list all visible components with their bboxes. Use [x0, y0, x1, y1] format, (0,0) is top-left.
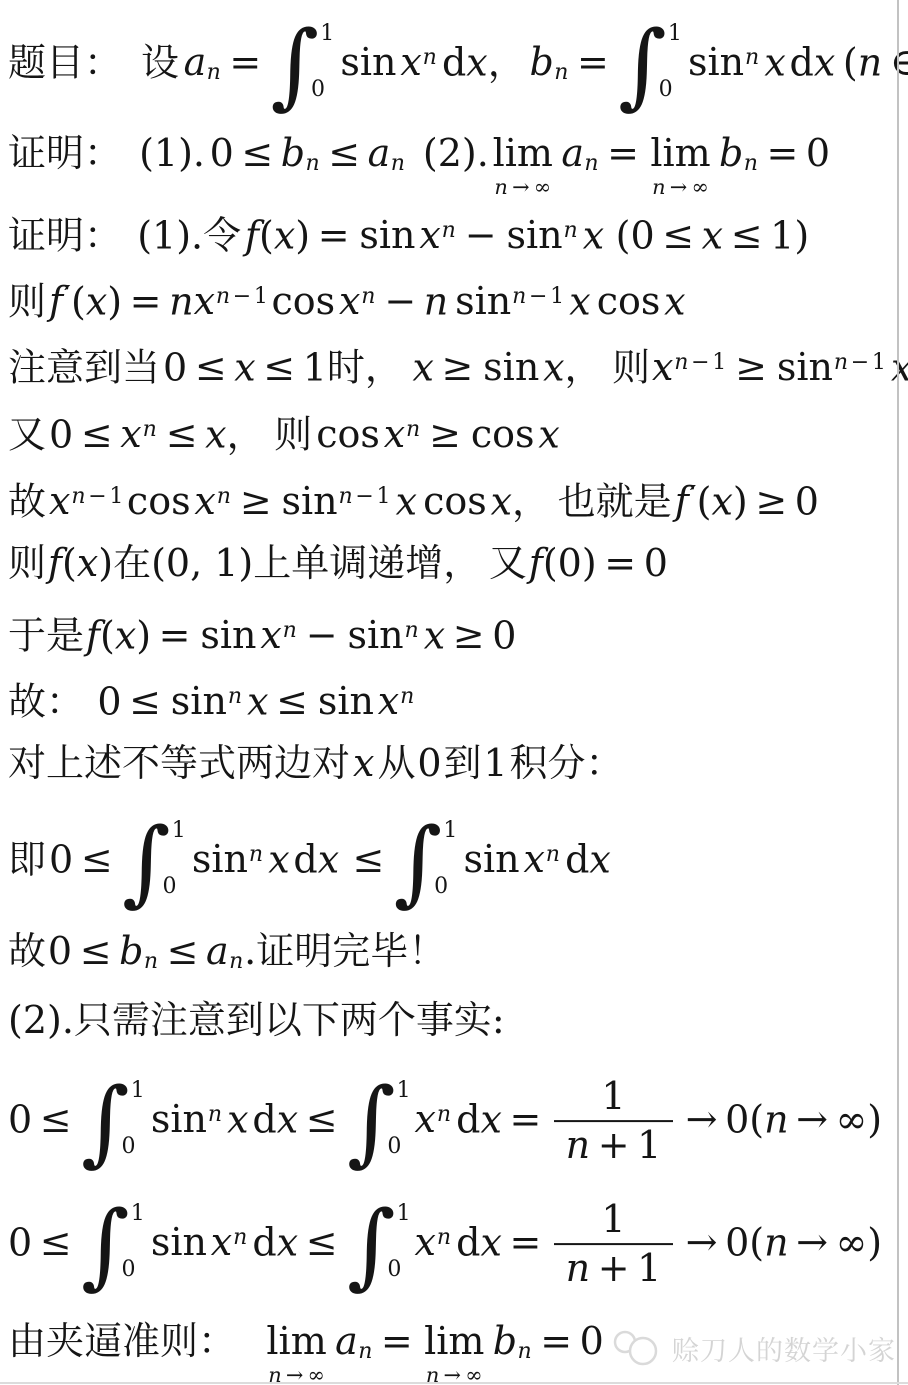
math-var: f [245, 213, 259, 257]
superscript: n [208, 1102, 222, 1127]
math-var: n [764, 1220, 788, 1264]
math-text: 到 [444, 741, 482, 785]
superscript: n [437, 1102, 451, 1127]
math-operator: ≥ [441, 345, 473, 389]
integral: ∫10 [347, 1199, 411, 1292]
math-line-7: 故xn−1cosxn≥sinn−1xcosx，也就是f′(x)≥0 [0, 463, 908, 530]
math-text: ) [794, 213, 809, 257]
math-operator: = [130, 279, 162, 323]
superscript: ′ [690, 481, 696, 512]
math-var: x [115, 613, 136, 657]
math-var: xn [378, 679, 416, 723]
math-text: ( [71, 279, 86, 323]
math-text: 证明： [8, 213, 122, 257]
subscript: n [744, 151, 758, 176]
math-var: xn [384, 412, 422, 456]
math-var: n [169, 279, 193, 323]
math-operator: ≤ [81, 837, 113, 881]
math-var: bn [119, 929, 159, 973]
integral-upper-limit: 1 [443, 820, 457, 842]
math-func: sin [464, 837, 520, 881]
math-operator: − [88, 484, 106, 509]
math-text: 1 [601, 1075, 625, 1118]
integral-limits: 10 [130, 1199, 145, 1292]
math-text: 0 [48, 929, 72, 973]
math-text: ) [733, 479, 748, 523]
superscript: n−1 [834, 350, 886, 375]
math-func: sin [340, 40, 396, 84]
limit-word: lim [424, 1322, 484, 1360]
math-var: f [48, 541, 62, 585]
math-func: sinn−1 [455, 279, 565, 323]
math-operator: = [540, 1319, 572, 1363]
math-func: sin [359, 213, 415, 257]
math-text: 1 [109, 484, 123, 509]
math-var: n [652, 177, 665, 198]
math-document: 题目：设an=∫10sinxndx，bn=∫10sinnxdx(n∈ℕ).证明：… [0, 8, 908, 1385]
fraction: 1n+1 [554, 1075, 672, 1167]
math-text: 1 [637, 1124, 661, 1167]
math-text: 0 [49, 412, 73, 456]
integral: ∫10 [81, 1199, 145, 1292]
math-func: sinn−1 [777, 345, 887, 389]
math-text: 证明： [8, 131, 122, 175]
math-operator: → [796, 1097, 828, 1141]
math-var: n [512, 284, 526, 309]
math-text: ( [843, 40, 858, 84]
math-text: d [252, 1220, 276, 1264]
integral-upper-limit: 1 [397, 1203, 411, 1225]
math-text: 0 [97, 679, 121, 723]
math-func: cos [471, 412, 535, 456]
math-text: 证明完毕！ [256, 929, 446, 973]
math-func: sin [151, 1220, 207, 1264]
math-text: 1 [483, 741, 507, 785]
math-line-6: 又0≤xn≤x，则cosxn≥cosx [0, 396, 908, 463]
math-operator: − [233, 284, 251, 309]
integral-limits: 10 [319, 19, 334, 112]
math-operator: = [509, 1220, 541, 1264]
math-operator: = [229, 40, 261, 84]
math-var: xn [419, 213, 457, 257]
math-operator: ≤ [129, 679, 161, 723]
math-text: ( [100, 613, 115, 657]
fraction-numerator: 1 [554, 1198, 672, 1242]
superscript: n [249, 842, 263, 867]
math-text: 则 [8, 279, 46, 323]
math-text: 则 [8, 541, 46, 585]
math-var: x [814, 40, 835, 84]
math-var: n [858, 40, 882, 84]
math-func: sinn [506, 213, 579, 257]
superscript: n [423, 45, 437, 70]
integral: ∫10 [394, 816, 458, 909]
subscript: n [144, 949, 158, 974]
math-operator: − [691, 350, 709, 375]
math-text: ( [259, 213, 274, 257]
integral-limits: 10 [442, 816, 457, 909]
math-var: x [583, 213, 604, 257]
math-operator: ≤ [276, 679, 308, 723]
math-operator: = [766, 131, 798, 175]
limit: limn→∞ [424, 1322, 484, 1385]
math-var: bn [493, 1319, 533, 1363]
math-operator: ≤ [40, 1220, 72, 1264]
math-var: x [247, 679, 268, 723]
superscript: n [283, 618, 297, 643]
math-line-15: 0≤∫10sinnxdx≤∫10xndx=1n+1→0(n→∞) [0, 1052, 908, 1178]
math-text: (2). [423, 131, 489, 175]
math-text: ( [749, 1220, 764, 1264]
math-var: bn [281, 131, 321, 175]
subscript: n [554, 60, 568, 85]
math-text: (0, 1) [151, 541, 253, 585]
math-text: 由夹逼准则： [8, 1319, 236, 1363]
math-var: n [674, 350, 688, 375]
superscript: n [563, 218, 577, 243]
math-text: 1 [550, 284, 564, 309]
math-text: d [456, 1097, 480, 1141]
math-text: 注意到当 [8, 345, 160, 389]
math-var: x [396, 479, 417, 523]
math-text: ， [512, 479, 550, 523]
math-text: 于是 [8, 613, 84, 657]
math-operator: − [529, 284, 547, 309]
math-var: x [491, 479, 512, 523]
math-line-9: 于是f(x)=sinxn−sinnx≥0 [0, 597, 908, 664]
math-func: cos [597, 279, 661, 323]
subscript: n [229, 949, 243, 974]
math-text: ∞ [836, 1097, 868, 1141]
page-edge-bottom [0, 1382, 908, 1384]
math-text: 1 [601, 1198, 625, 1241]
math-var: xn−1 [49, 479, 125, 523]
math-text: 0 [163, 345, 187, 389]
math-var: n [834, 350, 848, 375]
integral-upper-limit: 1 [668, 23, 682, 45]
math-var: x [274, 213, 295, 257]
limit-word: lim [650, 134, 710, 172]
math-var: an [206, 929, 244, 973]
math-operator: ≤ [166, 412, 198, 456]
integral: ∫10 [122, 816, 186, 909]
math-text: 即 [8, 837, 46, 881]
math-var: x [277, 1097, 298, 1141]
math-text: 0 [630, 213, 654, 257]
math-text: ∞ [691, 177, 708, 198]
math-var: n [424, 279, 448, 323]
math-var: x [205, 412, 226, 456]
limit-word: lim [493, 134, 553, 172]
math-var: an [561, 131, 599, 175]
math-var: f′ [675, 479, 697, 523]
superscript: n−1 [71, 484, 123, 509]
math-func: sin [200, 613, 256, 657]
integral-limits: 10 [396, 1076, 411, 1169]
integral-lower-limit: 0 [121, 1136, 135, 1158]
math-text: 积分： [509, 741, 623, 785]
subscript: n [391, 151, 405, 176]
math-operator: ≤ [662, 213, 694, 257]
math-text: (0) [543, 541, 597, 585]
math-operator: = [318, 213, 350, 257]
integral-lower-limit: 0 [659, 79, 673, 101]
math-operator: ≤ [731, 213, 763, 257]
integral-upper-limit: 1 [397, 1080, 411, 1102]
math-var: n [494, 177, 507, 198]
math-var: n [764, 1097, 788, 1141]
math-func: cos [271, 279, 335, 323]
superscript: n [437, 1225, 451, 1250]
math-operator: − [465, 213, 497, 257]
math-operator: ≥ [240, 479, 272, 523]
superscript: n [406, 417, 420, 442]
fraction: 1n+1 [554, 1198, 672, 1290]
math-text: 0 [492, 613, 516, 657]
math-operator: ≥ [429, 412, 461, 456]
math-var: x [480, 1097, 501, 1141]
overlapping-circles-icon [611, 1327, 663, 1369]
math-text: d [442, 40, 466, 84]
math-var: x [702, 213, 723, 257]
math-var: xn [260, 613, 298, 657]
math-func: sinn−1 [282, 479, 392, 523]
math-text: 1 [637, 1247, 661, 1290]
integral-lower-limit: 0 [387, 1136, 401, 1158]
superscript: n [546, 842, 560, 867]
math-var: x [711, 479, 732, 523]
math-text: 上单调递增， [253, 541, 481, 585]
math-line-4: 则f′(x)=nxn−1cosxn−nsinn−1xcosx [0, 264, 908, 330]
math-var: x [664, 279, 685, 323]
math-var: x [538, 412, 559, 456]
math-var: x [268, 837, 289, 881]
math-operator: − [851, 350, 869, 375]
math-text: 又 [8, 412, 46, 456]
math-operator: − [306, 613, 338, 657]
math-func: sin [483, 345, 539, 389]
math-var: xn [415, 1097, 453, 1141]
superscript: n [400, 684, 414, 709]
superscript: n [745, 45, 759, 70]
math-operator: ≤ [40, 1097, 72, 1141]
math-operator: ≤ [306, 1220, 338, 1264]
math-operator: → [512, 177, 530, 198]
limit-under: n→∞ [652, 177, 709, 198]
math-text: 0 [49, 837, 73, 881]
math-text: ∞ [534, 177, 551, 198]
math-text: 对上述不等式两边对 [8, 741, 350, 785]
math-text: ) [98, 541, 113, 585]
math-var: xn−1 [652, 345, 728, 389]
math-text: 0 [644, 541, 668, 585]
math-text: 0 [725, 1220, 749, 1264]
subscript: n [306, 151, 320, 176]
math-text: 0 [417, 741, 441, 785]
superscript: n−1 [674, 350, 726, 375]
math-operator: ≤ [263, 345, 295, 389]
math-line-12: 即0≤∫10sinnxdx≤∫10sinxndx [0, 796, 908, 914]
watermark-text: 赊刀人的数学小家 [672, 1329, 896, 1368]
math-line-8: 则f(x)在(0, 1)上单调递增，又f(0)=0 [0, 530, 908, 597]
math-text: 故 [8, 929, 46, 973]
math-var: xn [415, 1220, 453, 1264]
math-line-2: 证明：(1).0≤bn≤an(2).limn→∞an=limn→∞bn=0 [0, 108, 908, 198]
math-operator: + [598, 1247, 630, 1290]
math-text: (2).只需注意到以下两个事实: [8, 998, 505, 1042]
math-text: ， [488, 40, 526, 84]
superscript: n−1 [339, 484, 391, 509]
math-var: x [891, 345, 908, 389]
limit-word: lim [266, 1322, 326, 1360]
math-text: 0 [806, 131, 830, 175]
integral: ∫10 [271, 19, 335, 112]
math-var: n [566, 1124, 590, 1167]
math-var: x [77, 541, 98, 585]
math-var: x [234, 345, 255, 389]
math-var: xn [120, 412, 158, 456]
math-func: sinn [347, 613, 420, 657]
math-text: 也就是 [558, 479, 672, 523]
math-operator: ≤ [195, 345, 227, 389]
math-var: f′ [49, 279, 71, 323]
math-func: cos [316, 412, 380, 456]
math-text: 令 [203, 213, 241, 257]
math-operator: ≤ [167, 929, 199, 973]
math-var: an [368, 131, 406, 175]
math-operator: − [355, 484, 373, 509]
integral-limits: 10 [171, 816, 186, 909]
math-operator: ≤ [80, 929, 112, 973]
math-var: x [543, 345, 564, 389]
math-text: ) [107, 279, 122, 323]
math-var: xn [211, 1220, 249, 1264]
math-operator: = [509, 1097, 541, 1141]
superscript: ′ [64, 281, 70, 312]
math-operator: ≤ [352, 837, 384, 881]
superscript: n [228, 684, 242, 709]
math-operator: → [670, 177, 688, 198]
superscript: n [143, 417, 157, 442]
math-func: cos [423, 479, 487, 523]
limit-under: n→∞ [494, 177, 551, 198]
math-text: d [456, 1220, 480, 1264]
math-func: sin [318, 679, 374, 723]
math-text: 1 [872, 350, 886, 375]
math-var: x [277, 1220, 298, 1264]
math-var: xn−1 [194, 279, 270, 323]
integral-limits: 10 [396, 1199, 411, 1292]
integral-upper-limit: 1 [172, 820, 186, 842]
math-text: 1 [712, 350, 726, 375]
math-text: ， [565, 345, 603, 389]
integral: ∫10 [618, 19, 682, 112]
subscript: n [584, 151, 598, 176]
math-var: x [589, 837, 610, 881]
math-operator: → [796, 1220, 828, 1264]
math-var: bn [719, 131, 759, 175]
watermark: 赊刀人的数学小家 [611, 1327, 896, 1369]
math-operator: → [686, 1220, 718, 1264]
math-line-1: 题目：设an=∫10sinxndx，bn=∫10sinnxdx(n∈ℕ). [0, 8, 908, 108]
math-text: 则 [612, 345, 650, 389]
math-text: 1 [770, 213, 794, 257]
math-text: 1 [254, 284, 268, 309]
subscript: n [358, 1339, 372, 1364]
superscript: n [442, 218, 456, 243]
math-text: 题目： [8, 40, 122, 84]
integral-limits: 10 [667, 19, 682, 112]
integral-lower-limit: 0 [311, 79, 325, 101]
math-var: x [318, 837, 339, 881]
math-var: x [424, 613, 445, 657]
math-operator: = [159, 613, 191, 657]
math-text: (1). [137, 213, 203, 257]
math-operator: ≤ [81, 412, 113, 456]
fraction-denominator: n+1 [554, 1243, 672, 1290]
math-line-5: 注意到当0≤x≤1时，x≥sinx，则xn−1≥sinn−1x [0, 330, 908, 396]
math-operator: = [607, 131, 639, 175]
math-text: 设 [141, 40, 179, 84]
subscript: n [518, 1339, 532, 1364]
math-var: x [569, 279, 590, 323]
math-var: x [227, 1097, 248, 1141]
math-text: 0 [795, 479, 819, 523]
math-operator: + [598, 1124, 630, 1167]
math-text: ) [136, 613, 151, 657]
math-var: n [216, 284, 230, 309]
math-operator: → [686, 1097, 718, 1141]
math-text: d [252, 1097, 276, 1141]
math-func: sinn [192, 837, 265, 881]
math-text: ， [227, 412, 265, 456]
math-text: ∞ [836, 1220, 868, 1264]
math-line-16: 0≤∫10sinxndx≤∫10xndx=1n+1→0(n→∞) [0, 1178, 908, 1298]
math-operator: ≤ [241, 131, 273, 175]
math-var: bn [530, 40, 570, 84]
integral-upper-limit: 1 [131, 1080, 145, 1102]
math-var: f [86, 613, 100, 657]
math-text: d [790, 40, 814, 84]
math-text: d [293, 837, 317, 881]
math-operator: = [381, 1319, 413, 1363]
math-var: n [71, 484, 85, 509]
math-var: x [412, 345, 433, 389]
math-line-13: 故0≤bn≤an.证明完毕！ [0, 914, 908, 988]
math-line-11: 对上述不等式两边对x从0到1积分： [0, 730, 908, 796]
math-var: f [529, 541, 543, 585]
math-operator: ≤ [328, 131, 360, 175]
math-text: 从 [378, 741, 416, 785]
math-text: 故： [8, 679, 84, 723]
math-line-10: 故：0≤sinnx≤sinxn [0, 664, 908, 730]
math-operator: = [604, 541, 636, 585]
math-text: 0 [580, 1319, 604, 1363]
math-var: xn [523, 837, 561, 881]
math-var: an [184, 40, 222, 84]
math-text: 0 [8, 1220, 32, 1264]
math-var: an [335, 1319, 373, 1363]
math-func: cos [127, 479, 191, 523]
math-func: sinn [151, 1097, 224, 1141]
math-text: 在 [113, 541, 151, 585]
limit: limn→∞ [493, 134, 553, 198]
math-text: 1 [303, 345, 327, 389]
limit: limn→∞ [266, 1322, 326, 1385]
math-operator: ≤ [306, 1097, 338, 1141]
math-text: (1). [139, 131, 205, 175]
fraction-numerator: 1 [554, 1075, 672, 1119]
